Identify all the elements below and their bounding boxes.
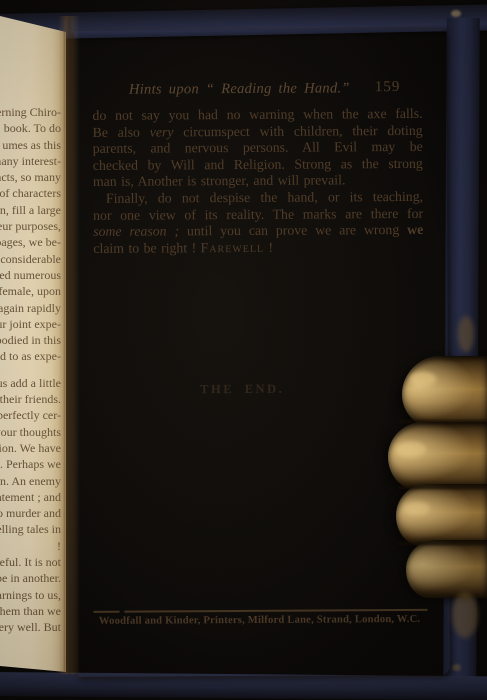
body-line: nor one view of its reality. The marks a…	[93, 205, 423, 224]
body-line: do not say you had no warning when the a…	[92, 106, 422, 125]
left-page-fragment-line: cerning Chiro-	[0, 104, 61, 120]
the-end-label: THE END.	[76, 381, 408, 398]
left-page-fragment-line: Very well. But	[0, 619, 61, 635]
body-line: checked by Will and Religion. Strong as …	[93, 156, 423, 175]
book-cover-bottom-edge	[0, 672, 487, 700]
left-page-fragment-line: ateur purposes,	[0, 218, 61, 234]
gilded-finger-1	[402, 356, 487, 428]
left-page-fragment-line: t us add a little	[0, 375, 61, 391]
left-page: cerning Chiro-book. To doumes as thisman…	[0, 16, 66, 674]
left-page-fragment-line: bodied in this	[0, 332, 61, 348]
left-page-fragment-line: many interest-	[0, 153, 61, 169]
body-line: man is, Another is stronger, and will pr…	[93, 172, 423, 191]
running-header: Hints upon “ Reading the Hand.”	[74, 79, 404, 99]
left-page-fragment-line: rt. Perhaps we	[0, 456, 61, 472]
left-page-fragment-line: ded to as expe-	[0, 348, 61, 364]
left-page-fragment-line: warnings to us,	[0, 587, 61, 603]
left-page-fragment-line: y to murder and	[0, 505, 61, 521]
left-page-fragment-line: careful. It is not	[0, 554, 61, 570]
left-page-fragment-line: it be in another.	[0, 570, 61, 586]
left-page-fragment-line: of characters	[0, 185, 61, 201]
book-photo: cerning Chiro-book. To doumes as thisman…	[0, 0, 487, 700]
left-page-fragment-line: n to them than we	[0, 603, 61, 619]
finger-crease-3	[398, 542, 487, 545]
worn-cover-corner-top	[451, 10, 461, 17]
left-page-fragment-line: s statement ; and	[0, 489, 61, 505]
page-title: Hints upon “ Reading the Hand.”	[129, 80, 350, 97]
left-page-fragment-line: s, telling tales in	[0, 521, 61, 537]
finger-crease-2	[398, 486, 487, 489]
left-page-fragment-line: Be perfectly cer-	[0, 407, 61, 423]
body-line: claim to be right ! Farewell !	[93, 239, 423, 258]
left-page-fragment-line: g pages, we be-	[0, 234, 61, 250]
page-gutter-fold-line	[64, 20, 65, 672]
body-line: parents, and nervous persons. All Evil m…	[93, 139, 423, 158]
left-page-fragments: cerning Chiro-book. To doumes as thisman…	[0, 104, 61, 636]
left-page-fragment-line: book. To do	[0, 120, 61, 136]
gilded-finger-3	[396, 484, 487, 546]
left-page-fragment-line: ften. An enemy	[0, 473, 61, 489]
finger-crease-1	[398, 420, 487, 423]
left-page-fragment-line: ne considerable	[0, 251, 61, 267]
left-page-fragment-line: t" their friends.	[0, 391, 61, 407]
brass-glint-above	[458, 316, 474, 352]
body-line: some reason ; until you can prove we are…	[93, 222, 423, 241]
left-page-fragment-line: !	[0, 538, 61, 554]
finger-highlight-2	[396, 442, 426, 457]
left-page-fragment-line: lted numerous	[0, 267, 61, 283]
finger-highlight-1	[410, 372, 436, 386]
page-number: 159	[375, 79, 401, 96]
left-page-fragment-line: d female, upon	[0, 283, 61, 299]
brass-glint-below	[452, 592, 478, 638]
left-page-fragment-line: umes as this	[0, 137, 61, 153]
left-page-fragment-line: to your thoughts	[0, 424, 61, 440]
gilded-hand	[388, 346, 487, 602]
body-text: do not say you had no warning when the a…	[92, 106, 423, 257]
gilded-finger-4	[406, 540, 487, 598]
printer-imprint: Woodfall and Kinder, Printers, Milford L…	[82, 614, 438, 627]
worn-cover-corner-bottom	[452, 664, 461, 671]
left-page-fragment-line: facts, so many	[0, 169, 61, 185]
left-page-fragment-line: ption. We have	[0, 440, 61, 456]
left-page-fragment-line: en, fill a large	[0, 202, 61, 218]
body-line: Finally, do not despise the hand, or its…	[93, 189, 423, 208]
left-page-fragment-line: again rapidly	[0, 300, 61, 316]
finger-highlight-3	[404, 502, 430, 515]
body-line: Be also very circumspect with children, …	[93, 122, 423, 141]
left-page-fragment-line: our joint expe-	[0, 316, 61, 332]
